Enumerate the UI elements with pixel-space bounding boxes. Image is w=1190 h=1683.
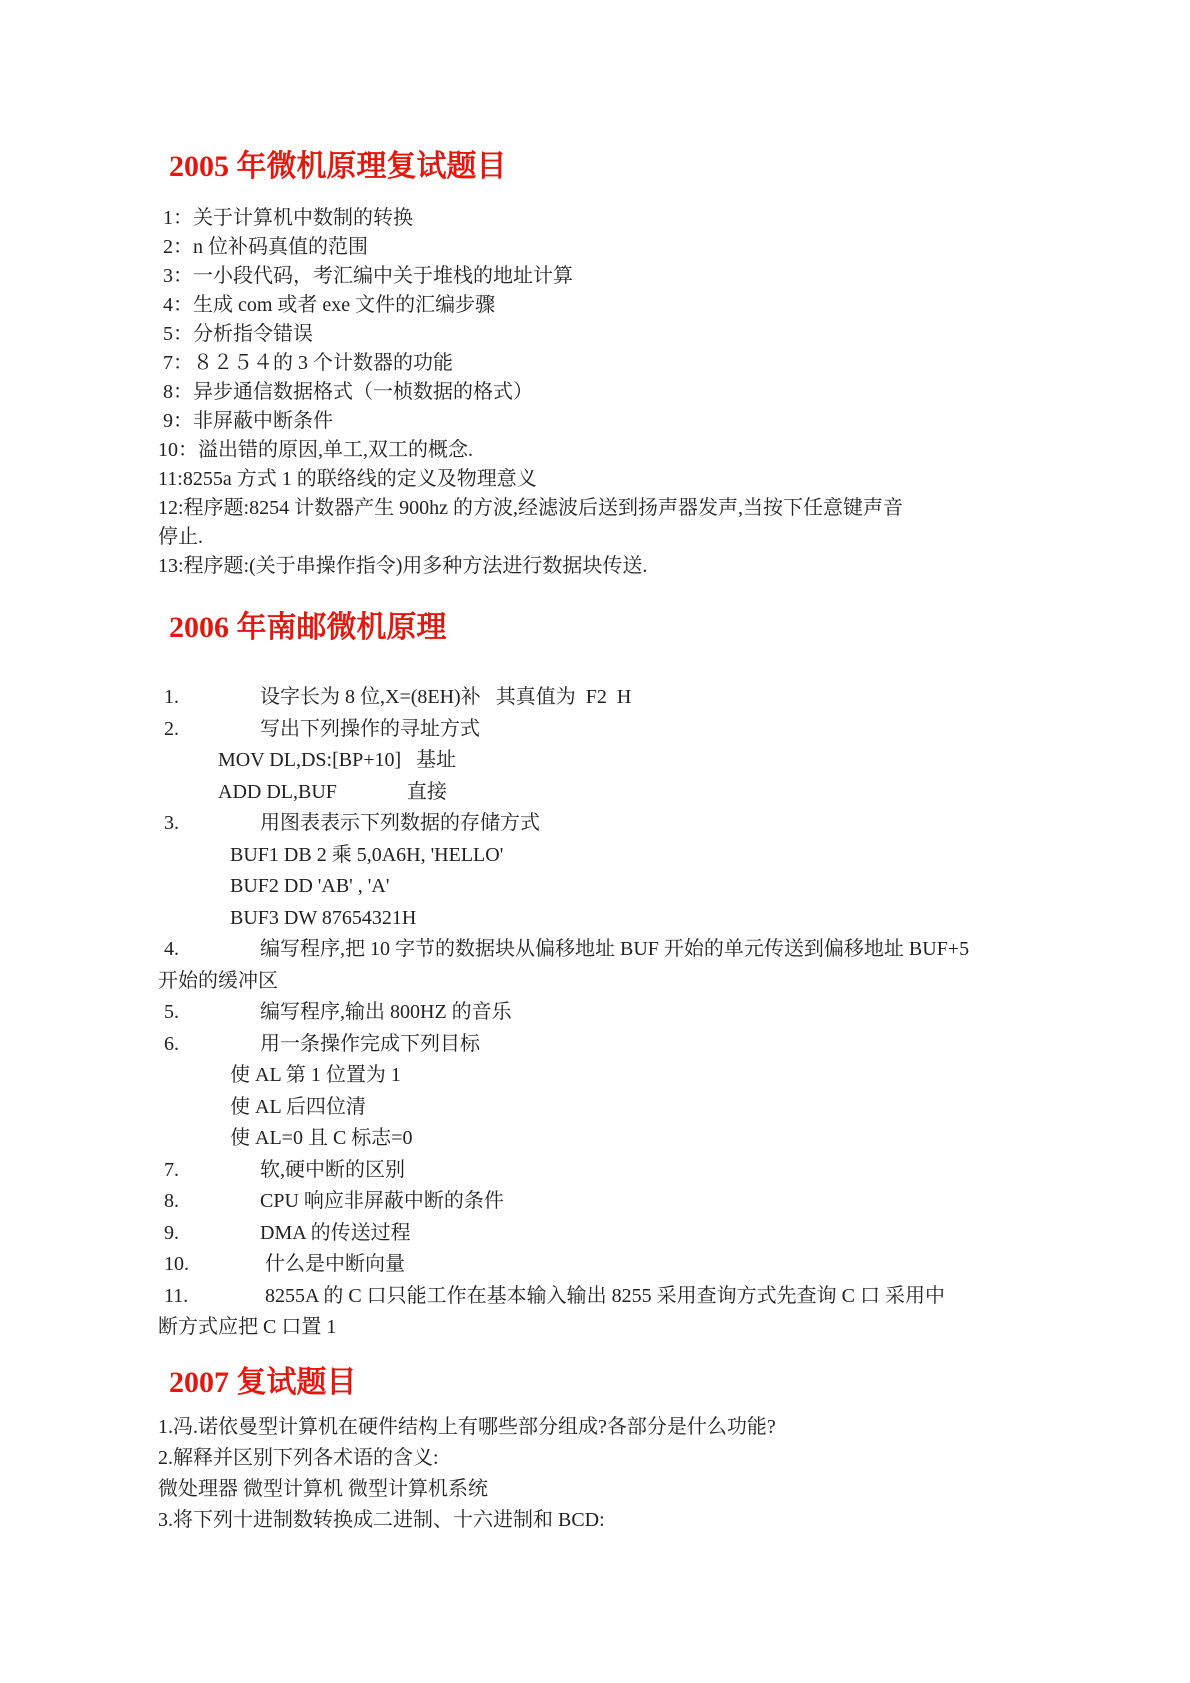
section-title: 2006 年南邮微机原理 (169, 611, 1070, 645)
section-2006: 2006 年南邮微机原理1.设字长为 8 位,X=(8EH)补 其真值为 F2 … (158, 611, 1070, 1344)
section-title: 2005 年微机原理复试题目 (169, 150, 1070, 184)
question-line: 9：非屏蔽中断条件 (158, 407, 1063, 436)
question-line: 9.DMA 的传送过程 (158, 1218, 1063, 1250)
question-line: 8：异步通信数据格式（一桢数据的格式） (158, 378, 1063, 407)
item-text: 设字长为 8 位,X=(8EH)补 其真值为 F2 H (260, 682, 1063, 714)
question-line: 1.设字长为 8 位,X=(8EH)补 其真值为 F2 H (158, 682, 1063, 714)
question-line: 2：n 位补码真值的范围 (158, 233, 1063, 262)
question-line: 3.将下列十进制数转换成二进制、十六进制和 BCD: (158, 1505, 1063, 1536)
item-text: 什么是中断向量 (260, 1249, 1063, 1281)
item-text: 编写程序,输出 800HZ 的音乐 (260, 997, 1063, 1029)
section-2005: 2005 年微机原理复试题目 1：关于计算机中数制的转换 2：n 位补码真值的范… (158, 150, 1070, 581)
question-line: 1.冯.诺依曼型计算机在硬件结构上有哪些部分组成?各部分是什么功能? (158, 1412, 1063, 1443)
item-number: 3. (164, 808, 260, 840)
question-line: BUF2 DD 'AB' , 'A' (158, 871, 1063, 903)
question-line: 使 AL 第 1 位置为 1 (158, 1060, 1063, 1092)
question-line: 12:程序题:8254 计数器产生 900hz 的方波,经滤波后送到扬声器发声,… (158, 494, 1063, 523)
item-text: 软,硬中断的区别 (260, 1155, 1063, 1187)
question-line: 断方式应把 C 口置 1 (158, 1312, 1063, 1344)
question-line: 停止. (158, 523, 1063, 552)
question-line: 4.编写程序,把 10 字节的数据块从偏移地址 BUF 开始的单元传送到偏移地址… (158, 934, 1063, 966)
item-number: 5. (164, 997, 260, 1029)
question-line: 8.CPU 响应非屏蔽中断的条件 (158, 1186, 1063, 1218)
question-line: ADD DL,BUF 直接 (158, 777, 1063, 809)
question-line: 7.软,硬中断的区别 (158, 1155, 1063, 1187)
section-2007: 2007 复试题目1.冯.诺依曼型计算机在硬件结构上有哪些部分组成?各部分是什么… (158, 1366, 1070, 1536)
question-line: 3：一小段代码，考汇编中关于堆栈的地址计算 (158, 262, 1063, 291)
question-line: 1：关于计算机中数制的转换 (158, 204, 1063, 233)
item-number: 9. (164, 1218, 260, 1250)
item-number: 11. (164, 1281, 260, 1313)
question-line: 6.用一条操作完成下列目标 (158, 1029, 1063, 1061)
item-text: 8255A 的 C 口只能工作在基本输入输出 8255 采用查询方式先查询 C … (260, 1281, 1063, 1313)
document-page: 2005 年微机原理复试题目 1：关于计算机中数制的转换 2：n 位补码真值的范… (0, 0, 1190, 1683)
item-number: 6. (164, 1029, 260, 1061)
question-line: 2.写出下列操作的寻址方式 (158, 714, 1063, 746)
item-text: 用图表表示下列数据的存储方式 (260, 808, 1063, 840)
question-line: 10. 什么是中断向量 (158, 1249, 1063, 1281)
question-line: 开始的缓冲区 (158, 966, 1063, 998)
question-line: 11. 8255A 的 C 口只能工作在基本输入输出 8255 采用查询方式先查… (158, 1281, 1063, 1313)
item-number: 2. (164, 714, 260, 746)
item-number: 7. (164, 1155, 260, 1187)
question-line: 10：溢出错的原因,单工,双工的概念. (158, 436, 1063, 465)
item-text: 写出下列操作的寻址方式 (260, 714, 1063, 746)
item-number: 4. (164, 934, 260, 966)
question-line: 3.用图表表示下列数据的存储方式 (158, 808, 1063, 840)
question-line: 使 AL=0 且 C 标志=0 (158, 1123, 1063, 1155)
question-line: 11:8255a 方式 1 的联络线的定义及物理意义 (158, 465, 1063, 494)
question-line: 7：８２５４的 3 个计数器的功能 (158, 349, 1063, 378)
item-text: 编写程序,把 10 字节的数据块从偏移地址 BUF 开始的单元传送到偏移地址 B… (260, 934, 1063, 966)
item-text: DMA 的传送过程 (260, 1218, 1063, 1250)
question-line: 2.解释并区别下列各术语的含义: (158, 1443, 1063, 1474)
question-line: MOV DL,DS:[BP+10] 基址 (158, 745, 1063, 777)
section-title: 2007 复试题目 (169, 1366, 1070, 1400)
item-number: 10. (164, 1249, 260, 1281)
question-line: 4：生成 com 或者 exe 文件的汇编步骤 (158, 291, 1063, 320)
item-number: 8. (164, 1186, 260, 1218)
question-line: 5.编写程序,输出 800HZ 的音乐 (158, 997, 1063, 1029)
question-line: 5：分析指令错误 (158, 320, 1063, 349)
question-line: 13:程序题:(关于串操作指令)用多种方法进行数据块传送. (158, 552, 1063, 581)
question-line: 微处理器 微型计算机 微型计算机系统 (158, 1474, 1063, 1505)
question-line: BUF3 DW 87654321H (158, 903, 1063, 935)
question-line: 使 AL 后四位清 (158, 1092, 1063, 1124)
item-number: 1. (164, 682, 260, 714)
item-text: 用一条操作完成下列目标 (260, 1029, 1063, 1061)
question-line: BUF1 DB 2 乘 5,0A6H, 'HELLO' (158, 840, 1063, 872)
item-text: CPU 响应非屏蔽中断的条件 (260, 1186, 1063, 1218)
